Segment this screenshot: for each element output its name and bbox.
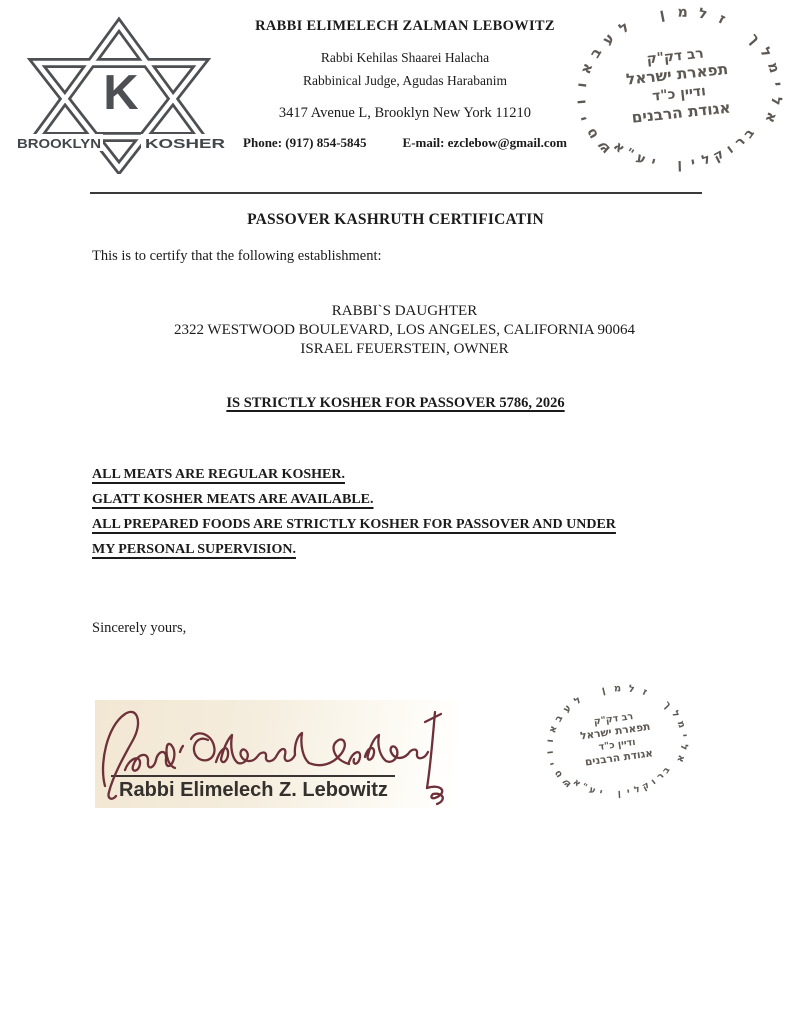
svg-text:ע: ע [634,150,648,167]
svg-text:ל: ל [627,683,635,695]
svg-text:ב: ב [587,45,605,61]
svg-text:ו: ו [545,739,556,743]
brooklyn-kosher-logo: K BROOKLYN KOSHER [15,16,227,174]
svg-text:ל: ל [697,6,709,24]
svg-text:ז: ז [716,11,728,28]
svg-text:י: י [547,760,558,766]
rabbi-name: RABBI ELIMELECH ZALMAN LEBOWITZ [230,18,580,35]
svg-text:א: א [762,110,781,125]
svg-text:י: י [598,787,604,798]
svg-text:ן: ן [601,685,607,696]
rabbi-title-line1: Rabbi Kehilas Shaarei Halacha [230,50,580,66]
header-divider-line [90,192,702,194]
letterhead: RABBI ELIMELECH ZALMAN LEBOWITZ Rabbi Ke… [230,18,580,151]
svg-text:ן: ן [617,788,621,799]
svg-text:ק: ק [711,147,727,165]
svg-text:מ: מ [677,5,688,21]
intro-line: This is to certify that the following es… [92,248,382,265]
svg-text:ש: ש [560,776,574,789]
rabbinical-stamp-top: אלימלך זלמן לעבאוויטש ברוקלין יע"א רב דק… [561,0,791,193]
svg-text:י: י [690,156,697,171]
establishment-name: RABBI`S DAUGHTER [18,302,791,321]
statement-item: ALL MEATS ARE REGULAR KOSHER. [92,462,637,487]
establishment-block: RABBI`S DAUGHTER 2322 WESTWOOD BOULEVARD… [18,302,791,359]
svg-text:ך: ך [661,699,673,711]
svg-text:ב: ב [741,126,758,141]
svg-text:י: י [768,81,784,87]
svg-text:מ: מ [614,683,621,694]
svg-text:ז: ז [641,687,649,699]
stamp-arc-bottom-text: ברוקלין יע"א [609,124,761,179]
logo-k-letter: K [103,66,138,120]
svg-text:ו: ו [573,99,589,105]
svg-text:א: א [674,753,687,763]
stamp-line-2: תפארת ישראל [625,60,729,89]
svg-text:ו: ו [545,750,556,755]
svg-text:ב: ב [553,713,566,724]
svg-text:ט: ט [583,125,602,141]
stamp-arc-bottom-text: ברוקלין יע"א [570,763,676,805]
certification-line: IS STRICTLY KOSHER FOR PASSOVER 5786, 20… [0,394,791,412]
rabbi-title-line2: Rabbinical Judge, Agudas Harabanim [230,73,580,89]
svg-text:א: א [578,61,597,76]
svg-text:ל: ל [700,152,713,169]
svg-text:ע: ע [587,784,597,797]
svg-text:ו: ו [574,82,590,89]
stamp-bottom-content: אלימלך זלמן לעבאוויטש ברוקלין יע"א רב דק… [536,674,696,808]
stamp-line-4: אגודת הרבנים [631,98,732,126]
svg-text:ל: ל [756,45,774,60]
svg-text:י: י [678,733,689,737]
svg-text:ע: ע [561,703,574,715]
hebrew-stamp-icon: אלימלך זלמן לעבאוויטש ברוקלין יע"א רב דק… [534,672,700,816]
certification-text: IS STRICTLY KOSHER FOR PASSOVER 5786, 20… [226,395,564,411]
statements-list: ALL MEATS ARE REGULAR KOSHER. GLATT KOSH… [92,462,637,562]
closing-line: Sincerely yours, [92,620,186,637]
svg-text:ך: ך [745,30,763,47]
hebrew-stamp-icon: אלימלך זלמן לעבאוויטש ברוקלין יע"א רב דק… [561,0,791,193]
svg-text:י: י [577,114,594,123]
establishment-address: 2322 WESTWOOD BOULEVARD, LOS ANGELES, CA… [18,321,791,340]
svg-text:ע: ע [600,31,618,49]
stamp-line-4: אגודת הרבנים [584,747,653,768]
svg-text:ו: ו [724,142,737,157]
svg-text:ל: ל [633,783,642,795]
svg-text:ל: ל [678,744,689,751]
star-of-david-icon: K BROOKLYN KOSHER [15,16,227,174]
logo-label-brooklyn: BROOKLYN [17,137,101,151]
svg-text:ן: ן [658,6,666,23]
svg-text:ש: ש [594,138,613,157]
svg-text:ן: ן [677,157,682,172]
svg-text:מ: מ [675,719,688,729]
svg-text:ל: ל [669,709,682,720]
rabbinical-stamp-bottom: אלימלך זלמן לעבאוויטש ברוקלין יע"א רב דק… [534,672,700,816]
document-title: PASSOVER KASHRUTH CERTIFICATIN [0,211,791,229]
svg-text:ק: ק [640,780,652,793]
svg-text:ל: ל [616,19,632,37]
svg-text:א: א [547,724,560,734]
statement-item: ALL PREPARED FOODS ARE STRICTLY KOSHER F… [92,512,637,562]
svg-text:ל: ל [572,695,583,707]
email-address: E-mail: ezclebow@gmail.com [403,135,567,151]
signature-image: Rabbi Elimelech Z. Lebowitz [95,700,458,808]
establishment-owner: ISRAEL FEUERSTEIN, OWNER [18,340,791,359]
svg-text:י: י [626,786,631,797]
phone-number: Phone: (917) 854-5845 [243,135,367,151]
signature-printed-name: Rabbi Elimelech Z. Lebowitz [119,779,388,801]
signature-block: Rabbi Elimelech Z. Lebowitz [95,700,458,808]
stamp-top-content: אלימלך זלמן לעבאוויטש ברוקלין יע"א רב דק… [564,0,791,183]
letterhead-contact-row: Phone: (917) 854-5845 E-mail: ezclebow@g… [230,135,580,151]
letterhead-address: 3417 Avenue L, Brooklyn New York 11210 [230,105,580,122]
svg-text:י: י [649,155,657,171]
svg-text:מ: מ [764,60,782,75]
svg-text:ל: ל [767,96,784,107]
logo-label-kosher: KOSHER [145,137,225,151]
statement-item: GLATT KOSHER MEATS ARE AVAILABLE. [92,487,637,512]
certificate-page: K BROOKLYN KOSHER RABBI ELIMELECH ZALMAN… [0,0,791,1024]
svg-text:ו: ו [649,776,658,787]
svg-text:ב: ב [660,765,672,776]
svg-text:ט: ט [552,768,565,780]
